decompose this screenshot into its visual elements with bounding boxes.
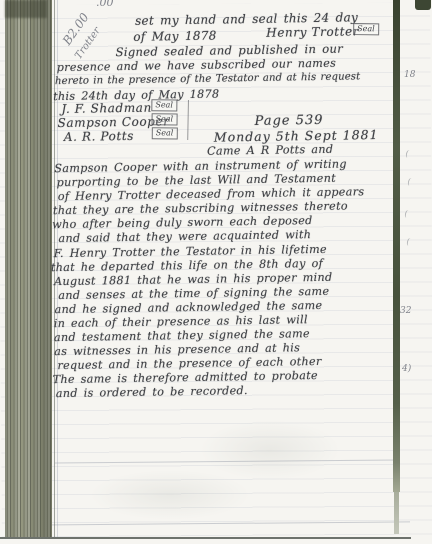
testator-signature: Henry Trotter	[266, 24, 359, 39]
page-number-heading: Page 539	[254, 113, 323, 129]
probate-line-0: Came A R Potts and	[207, 143, 333, 158]
scanned-will-page: .00 B2.00 Trotter 18 32 4) set my hand a…	[0, 0, 432, 544]
probate-line-17: and is ordered to be recorded.	[56, 384, 248, 400]
seal-bracket-line	[187, 100, 189, 140]
witness-seal-1: Seal	[152, 113, 178, 125]
witness-seal-0: Seal	[151, 99, 177, 111]
probate-line-6: and said that they were acquainted with	[58, 228, 311, 245]
handwriting-layer: set my hand and seal this 24 day of May …	[0, 0, 432, 544]
witness-signature-0: J. F. Shadman	[61, 101, 152, 116]
testator-seal: Seal	[353, 23, 379, 35]
will-line-date: of May 1878	[133, 29, 217, 44]
witness-seal-2: Seal	[152, 127, 178, 139]
probate-line-16: The same is therefore admitted to probat…	[53, 369, 318, 386]
probate-date-line: Monday 5th Sept 1881	[214, 127, 379, 145]
attestation-line-2: hereto in the presence of the Testator a…	[55, 71, 360, 87]
witness-signature-2: A. R. Potts	[64, 129, 134, 144]
